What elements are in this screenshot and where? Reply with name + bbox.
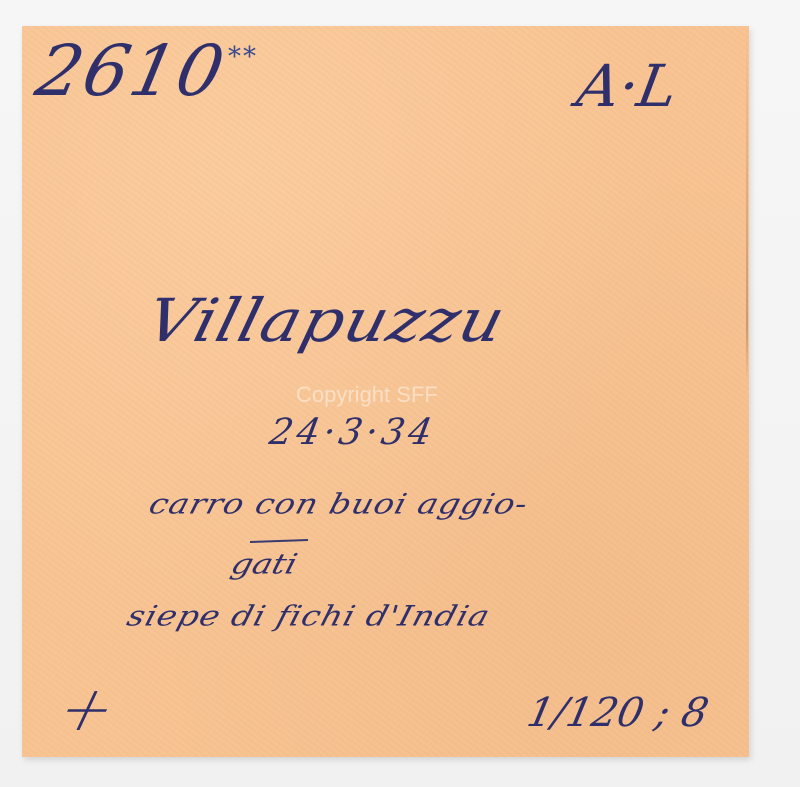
description-line-1: carro con buoi aggio- [146, 487, 533, 520]
description-line-3: siepe di fichi d'India [124, 599, 495, 632]
date: 24·3·34 [266, 412, 439, 453]
plate-reference: 1/120 ; 8 [523, 690, 712, 736]
description-line-2: gati [228, 547, 302, 580]
place-name: Villapuzzu [139, 286, 512, 355]
photo-background: 2610 ** A·L Villapuzzu Copyright SFF 24·… [0, 0, 800, 787]
star-marks-icon: ** [228, 42, 258, 72]
copyright-watermark: Copyright SFF [296, 382, 438, 408]
photographer-initials: A·L [572, 52, 683, 120]
card-fold-line [746, 26, 748, 381]
catalog-number: 2610 [29, 30, 233, 112]
